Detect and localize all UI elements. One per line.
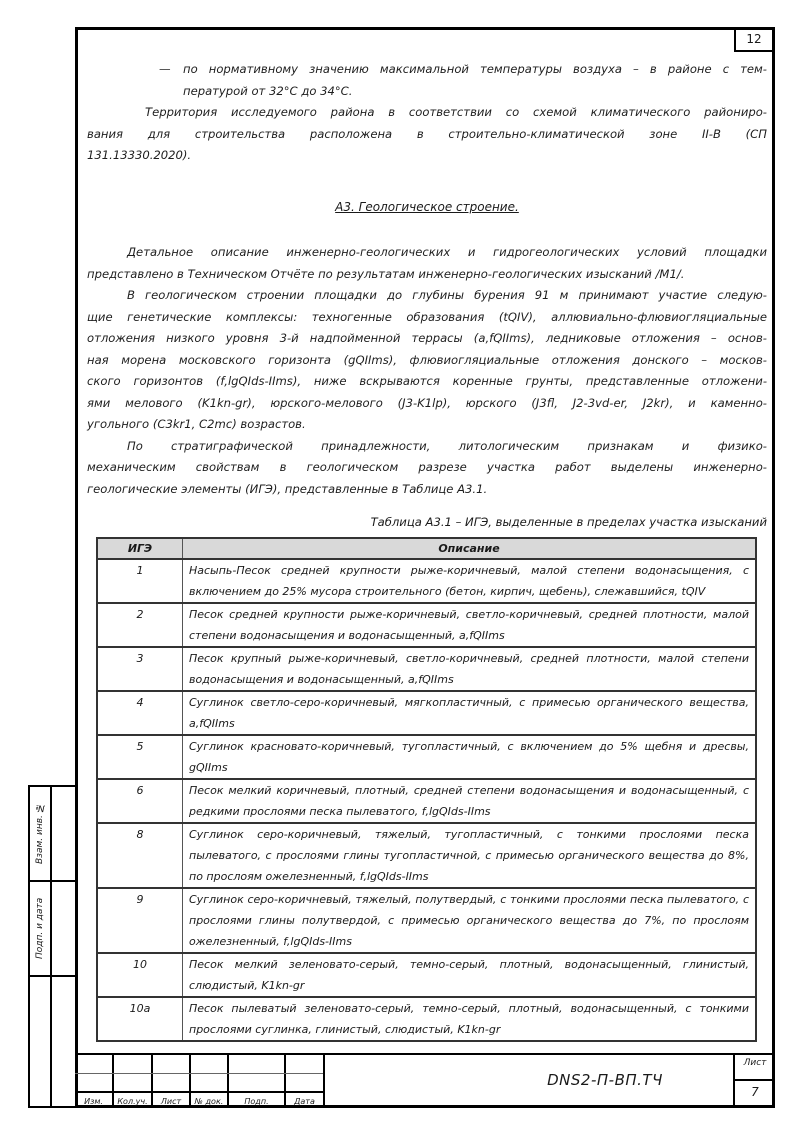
para2-line: ями мелового (K1kn-gr), юрского-мелового… [87, 393, 767, 415]
igz-description: Суглинок серо-коричневый, тяжелый, полут… [183, 888, 757, 953]
igz-number: 3 [97, 647, 183, 691]
col-label-qty: Кол.уч. [114, 1095, 151, 1109]
igz-table: ИГЭ Описание 1Насыпь-Песок средней крупн… [96, 537, 757, 1042]
igz-number: 6 [97, 779, 183, 823]
side-stamp: Взам. инв. № Подп. и дата [28, 785, 75, 1108]
igz-description: Суглинок серо-коричневый, тяжелый, тугоп… [183, 823, 757, 888]
col-label-date: Дата [286, 1095, 323, 1109]
igz-number: 10 [97, 953, 183, 997]
igz-description: Песок средней крупности рыже-коричневый,… [183, 603, 757, 647]
paragraph-igz: По стратиграфической принадлежности, лит… [87, 436, 767, 501]
igz-number: 1 [97, 559, 183, 603]
section-body: Детальное описание инженерно-геологическ… [87, 242, 767, 500]
para2-line: щие генетические комплексы: техногенные … [87, 307, 767, 329]
igz-description: Песок крупный рыже-коричневый, светло-ко… [183, 647, 757, 691]
igz-description: Песок мелкий зеленовато-серый, темно-сер… [183, 953, 757, 997]
col-label-signature: Подп. [229, 1095, 284, 1109]
igz-number: 2 [97, 603, 183, 647]
table-row: 2Песок средней крупности рыже-коричневый… [97, 603, 756, 647]
para1-line-2: представлено в Техническом Отчёте по рез… [87, 264, 767, 286]
climate-line-1: Территория исследуемого района в соответ… [87, 102, 767, 124]
col-label-change: Изм. [75, 1095, 112, 1109]
table-row: 5Суглинок красновато-коричневый, тугопла… [97, 735, 756, 779]
igz-description: Песок мелкий коричневый, плотный, средне… [183, 779, 757, 823]
igz-description: Песок пылеватый зеленовато-серый, темно-… [183, 997, 757, 1041]
table-row: 10аПесок пылеватый зеленовато-серый, тем… [97, 997, 756, 1041]
igz-description: Насыпь-Песок средней крупности рыже-кори… [183, 559, 757, 603]
igz-number: 9 [97, 888, 183, 953]
igz-number: 4 [97, 691, 183, 735]
table-row: 9Суглинок серо-коричневый, тяжелый, полу… [97, 888, 756, 953]
climate-line-2: вания для строительства расположена в ст… [87, 124, 767, 146]
para2-line: угольного (C3kr1, C2mc) возрастов. [87, 414, 767, 436]
para3-line: По стратиграфической принадлежности, лит… [87, 436, 767, 458]
para2-line: В геологическом строении площадки до глу… [87, 285, 767, 307]
paragraph-geology: В геологическом строении площадки до глу… [87, 285, 767, 436]
table-row: 10Песок мелкий зеленовато-серый, темно-с… [97, 953, 756, 997]
igz-number: 8 [97, 823, 183, 888]
table-row: 4Суглинок светло-серо-коричневый, мягкоп… [97, 691, 756, 735]
col-label-sheet: Лист [153, 1095, 189, 1109]
stamp-label-signature-date: Подп. и дата [31, 882, 49, 975]
table-header-row: ИГЭ Описание [97, 538, 756, 559]
igz-number: 5 [97, 735, 183, 779]
header-description: Описание [183, 538, 757, 559]
bullet-line-2: пературой от 32°С до 34°С. [87, 81, 767, 103]
table-row: 1Насыпь-Песок средней крупности рыже-кор… [97, 559, 756, 603]
stamp-label-replacement: Взам. инв. № [31, 787, 49, 880]
table-row: 3Песок крупный рыже-коричневый, светло-к… [97, 647, 756, 691]
igz-description: Суглинок светло-серо-коричневый, мягкопл… [183, 691, 757, 735]
para3-line: механическим свойствам в геологическом р… [87, 457, 767, 479]
top-page-number: 12 [734, 28, 772, 52]
bullet-item: — по нормативному значению максимальной … [87, 59, 767, 81]
para2-line: ная морена московского горизонта (gQIIms… [87, 350, 767, 372]
table-caption: Таблица А3.1 – ИГЭ, выделенные в предела… [371, 515, 767, 529]
bullet-dash: — [159, 59, 171, 81]
para3-line: геологические элементы (ИГЭ), представле… [87, 479, 767, 501]
climate-line-3: 131.13330.2020). [87, 145, 767, 167]
intro-block: — по нормативному значению максимальной … [87, 59, 767, 167]
sheet-number: 7 [735, 1085, 775, 1099]
para2-line: ского горизонтов (f,lgQIds-IIms), ниже в… [87, 371, 767, 393]
para2-line: отложения низкого уровня 3-й надпойменно… [87, 328, 767, 350]
col-label-doc-no: № док. [191, 1095, 227, 1109]
para1-line-1: Детальное описание инженерно-геологическ… [87, 242, 767, 264]
bullet-line-1: по нормативному значению максимальной те… [157, 59, 767, 81]
table-row: 6Песок мелкий коричневый, плотный, средн… [97, 779, 756, 823]
table-row: 8Суглинок серо-коричневый, тяжелый, туго… [97, 823, 756, 888]
igz-number: 10а [97, 997, 183, 1041]
section-heading: А3. Геологическое строение. [87, 200, 767, 214]
title-block: Изм. Кол.уч. Лист № док. Подп. Дата DNS2… [75, 1053, 775, 1108]
igz-description: Суглинок красновато-коричневый, тугоплас… [183, 735, 757, 779]
sheet-label: Лист [735, 1058, 775, 1068]
header-igz: ИГЭ [97, 538, 183, 559]
